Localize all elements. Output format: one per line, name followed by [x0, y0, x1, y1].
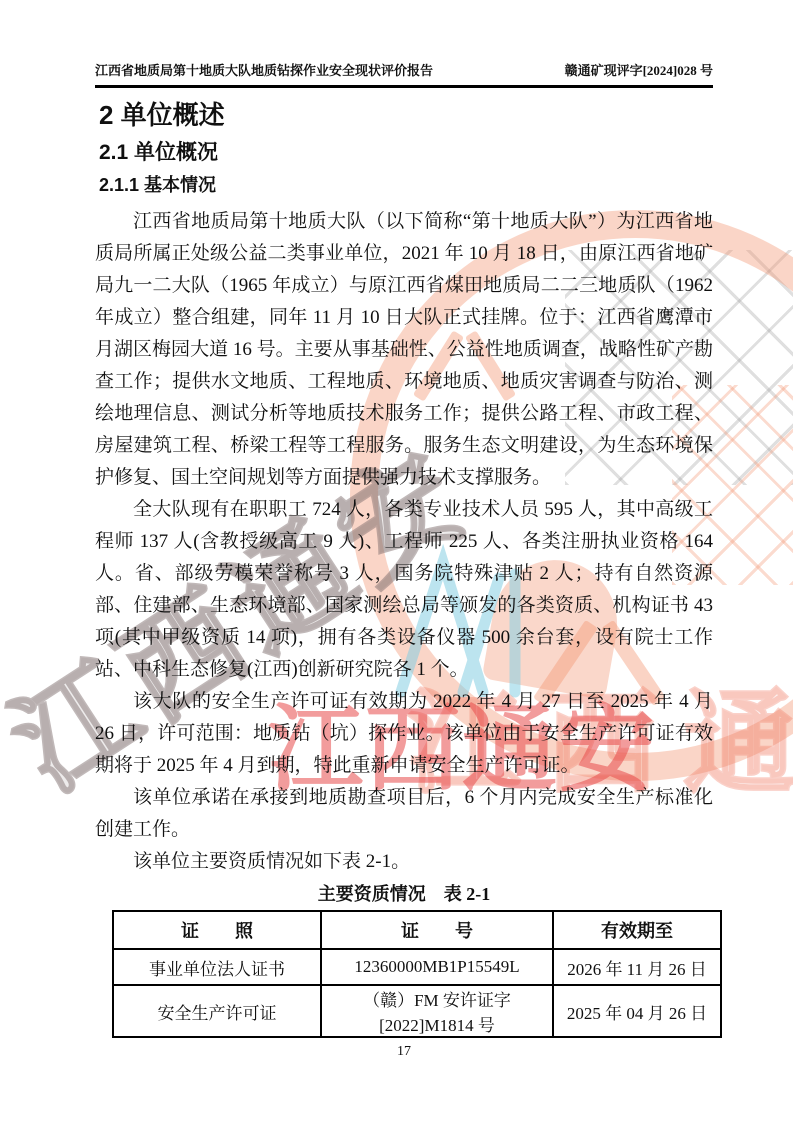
table-header-row: 证 照 证 号 有效期至 [113, 911, 721, 949]
header-doc-number: 赣通矿现评字[2024]028 号 [565, 60, 713, 79]
col-header-certificate: 证 照 [113, 911, 321, 949]
col-header-number: 证 号 [321, 911, 553, 949]
cell-valid-until: 2025 年 04 月 26 日 [553, 985, 721, 1037]
document-page: 江西通安 江西通安 江西通安 江西省地质局第十地质大队地质钻探作业安全现状评价报… [0, 0, 793, 1122]
col-header-valid-until: 有效期至 [553, 911, 721, 949]
section-heading-level2: 2.1 单位概况 [99, 140, 713, 166]
paragraph-staffing: 全大队现有在职职工 724 人，各类专业技术人员 595 人，其中高级工程师 1… [95, 494, 713, 686]
document-content: 江西省地质局第十地质大队地质钻探作业安全现状评价报告 赣通矿现评字[2024]0… [95, 60, 713, 1060]
section-heading-level3: 2.1.1 基本情况 [99, 174, 713, 196]
paragraph-table-intro: 该单位主要资质情况如下表 2-1。 [95, 846, 713, 878]
header-report-title: 江西省地质局第十地质大队地质钻探作业安全现状评价报告 [95, 60, 433, 79]
paragraph-commitment: 该单位承诺在承接到地质勘查项目后，6 个月内完成安全生产标准化创建工作。 [95, 782, 713, 846]
table-caption: 主要资质情况 表 2-1 [95, 880, 713, 906]
cell-certificate-name: 事业单位法人证书 [113, 949, 321, 985]
cell-certificate-number: （赣）FM 安许证字[2022]M1814 号 [321, 985, 553, 1037]
cell-certificate-name: 安全生产许可证 [113, 985, 321, 1037]
cell-valid-until: 2026 年 11 月 26 日 [553, 949, 721, 985]
table-row: 安全生产许可证 （赣）FM 安许证字[2022]M1814 号 2025 年 0… [113, 985, 721, 1037]
cell-certificate-number: 12360000MB1P15549L [321, 949, 553, 985]
page-number: 17 [95, 1044, 713, 1060]
paragraph-unit-overview: 江西省地质局第十地质大队（以下简称“第十地质大队”）为江西省地质局所属正处级公益… [95, 206, 713, 494]
table-row: 事业单位法人证书 12360000MB1P15549L 2026 年 11 月 … [113, 949, 721, 985]
section-heading-level1: 2 单位概述 [99, 100, 713, 130]
paragraph-safety-license: 该大队的安全生产许可证有效期为 2022 年 4 月 27 日至 2025 年 … [95, 686, 713, 782]
page-header: 江西省地质局第十地质大队地质钻探作业安全现状评价报告 赣通矿现评字[2024]0… [95, 60, 713, 88]
qualifications-table: 证 照 证 号 有效期至 事业单位法人证书 12360000MB1P15549L… [112, 910, 722, 1038]
